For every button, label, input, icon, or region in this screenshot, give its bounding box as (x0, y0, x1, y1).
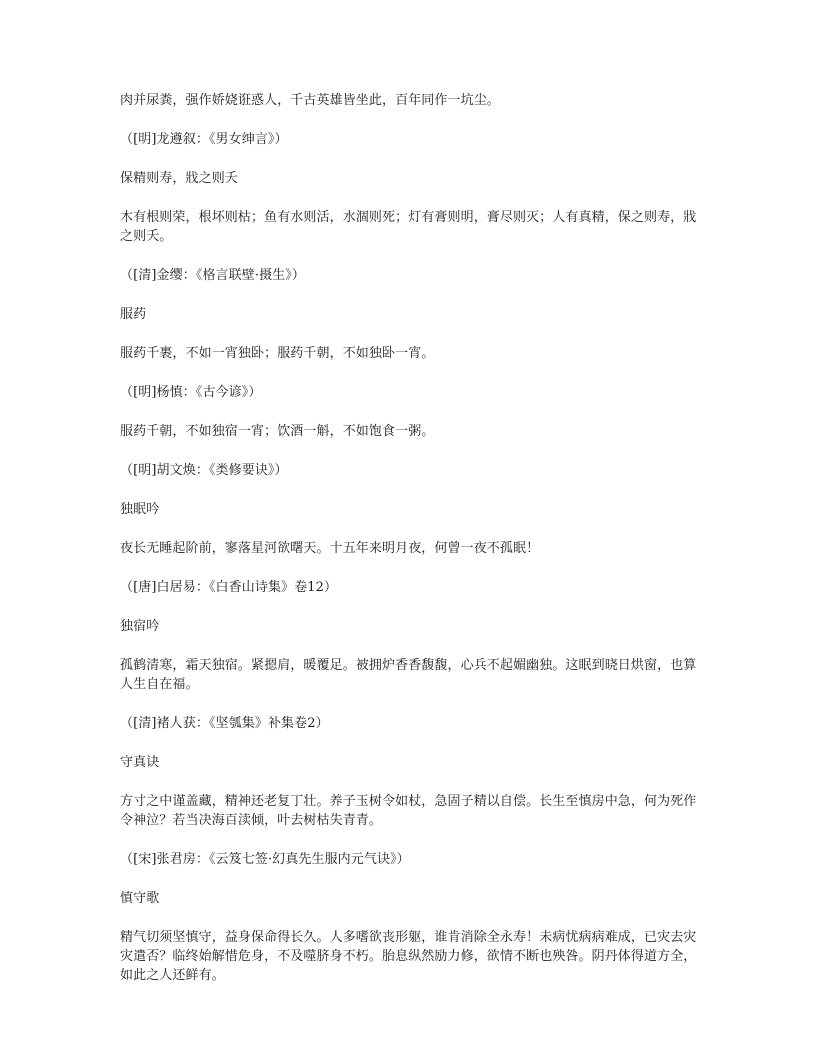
body-text: 孤鹤清寒，霜天独宿。紧摁肩，暖覆足。被拥炉香香馥馥，心兵不起媚幽独。这眠到晓日烘… (120, 656, 698, 694)
body-text: 精气切须坚慎守，益身保命得长久。人多嗜欲丧形躯，谁肯消除全永寿！未病忧病病难成，… (120, 928, 698, 985)
source-citation: （[明]胡文焕：《类修要诀》） (120, 461, 698, 480)
body-text: 方寸之中谨盖藏，精神还老复丁壮。养子玉树令如杖，急固子精以自偿。长生至慎房中急，… (120, 792, 698, 830)
section-title: 守真诀 (120, 753, 698, 772)
section-title: 服药 (120, 305, 698, 324)
body-text: 服药千朝，不如独宿一宵；饮酒一斛，不如饱食一粥。 (120, 422, 698, 441)
source-citation: （[唐]白居易：《白香山诗集》卷12） (120, 578, 698, 597)
source-citation: （[宋]张君房：《云笈七签·幻真先生服内元气诀》） (120, 850, 698, 869)
source-citation: （[明]龙遵叙：《男女绅言》） (120, 130, 698, 149)
body-text: 木有根则荣，根坏则枯；鱼有水则活，水涸则死；灯有膏则明，膏尽则灭；人有真精，保之… (120, 208, 698, 246)
body-text: 夜长无睡起阶前，寥落星河欲曙天。十五年来明月夜，何曾一夜不孤眠！ (120, 539, 698, 558)
section-title: 慎守歌 (120, 889, 698, 908)
document-page: 肉并尿粪，强作娇娆诳惑人，千古英雄皆坐此，百年同作一坑尘。 （[明]龙遵叙：《男… (120, 91, 698, 1005)
body-text: 肉并尿粪，强作娇娆诳惑人，千古英雄皆坐此，百年同作一坑尘。 (120, 91, 698, 110)
section-title: 独宿吟 (120, 617, 698, 636)
source-citation: （[明]杨慎：《古今谚》） (120, 383, 698, 402)
body-text: 服药千裹，不如一宵独卧；服药千朝，不如独卧一宵。 (120, 344, 698, 363)
section-title: 独眠吟 (120, 500, 698, 519)
source-citation: （[清]金缨：《格言联壁·摄生》） (120, 266, 698, 285)
source-citation: （[清]褚人获：《坚瓠集》补集卷2） (120, 714, 698, 733)
section-title: 保精则寿，戕之则夭 (120, 169, 698, 188)
